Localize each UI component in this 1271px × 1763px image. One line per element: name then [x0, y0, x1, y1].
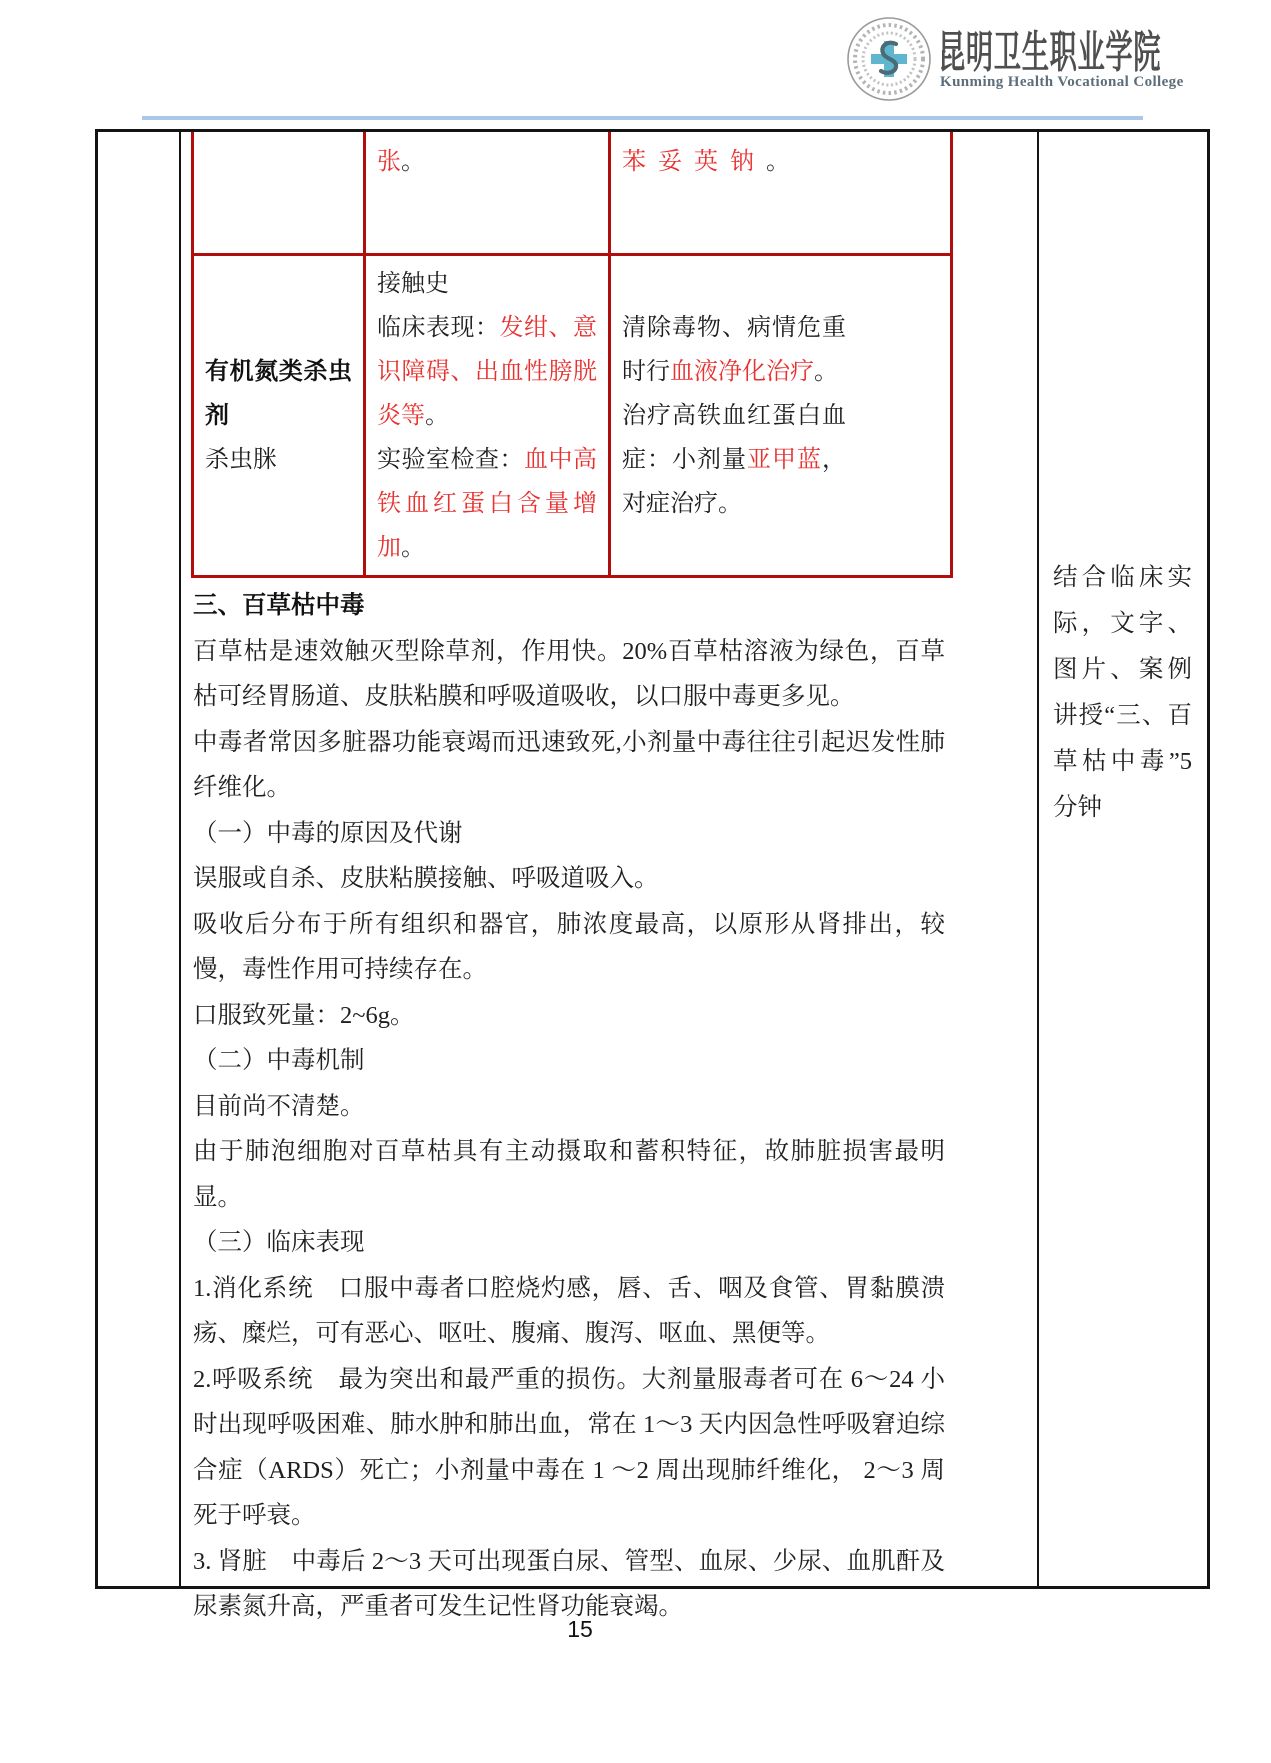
table-cell-r1c2: 张。 [366, 132, 611, 256]
table-cell-r2c3: 清除毒物、病情危重时行血液净化治疗。治疗高铁血红蛋白血症：小剂量亚甲蓝，对症治疗… [611, 256, 950, 575]
table-cell-r2c1: 有机氮类杀虫剂杀虫脒 [194, 256, 366, 575]
text-line: 2.呼吸系统 最为突出和最严重的损伤。大剂量服毒者可在 6～24 小时出现呼吸困… [193, 1357, 945, 1539]
document-page: 昆明卫生职业学院 Kunming Health Vocational Colle… [0, 0, 1271, 1763]
table-cell-r2c2: 接触史临床表现：发绀、意识障碍、出血性膀胱炎等。实验室检查：血中高铁血红蛋白含量… [366, 256, 611, 575]
table-cell-r1c1 [194, 132, 366, 256]
teaching-notes-column: 结合临床实际，文字、图片、案例讲授“三、百草枯中毒”5 分钟 [1037, 132, 1207, 1586]
text-line: 临床表现：发绀、意识障碍、出血性膀胱炎等。 [377, 306, 597, 438]
left-empty-column [98, 132, 181, 1586]
text-line: 误服或自杀、皮肤粘膜接触、呼吸道吸入。 [193, 856, 945, 902]
pesticide-summary-table: 张。 苯妥英钠。 有机氮类杀虫剂杀虫脒 接触史临床表现：发绀、意识障碍、出血性膀… [191, 132, 953, 578]
text-line: 百草枯是速效触灭型除草剂，作用快。20%百草枯溶液为绿色，百草枯可经胃肠道、皮肤… [193, 629, 945, 720]
school-seal-logo [846, 16, 932, 102]
text-line: （一）中毒的原因及代谢 [193, 811, 945, 857]
text-line: 有机氮类杀虫剂 [205, 350, 352, 438]
text-line: （三）临床表现 [193, 1220, 945, 1266]
text-line: 清除毒物、病情危重时行血液净化治疗。 [622, 306, 846, 394]
lesson-plan-table: 张。 苯妥英钠。 有机氮类杀虫剂杀虫脒 接触史临床表现：发绀、意识障碍、出血性膀… [95, 129, 1210, 1589]
text-line: 实验室检查：血中高铁血红蛋白含量增加。 [377, 438, 597, 570]
text-line: 张。 [377, 140, 597, 184]
text-line: 由于肺泡细胞对百草枯具有主动摄取和蓄积特征，故肺脏损害最明显。 [193, 1129, 945, 1220]
page-number: 15 [0, 1616, 1160, 1643]
text-line: （二）中毒机制 [193, 1038, 945, 1084]
text-line: 中毒者常因多脏器功能衰竭而迅速致死,小剂量中毒往往引起迟发性肺纤维化。 [193, 720, 945, 811]
text-line: 口服致死量：2~6g。 [193, 993, 945, 1039]
school-name-chinese: 昆明卫生职业学院 [938, 16, 1161, 80]
table-cell-r1c3: 苯妥英钠。 [611, 132, 950, 256]
school-name-english: Kunming Health Vocational College [940, 74, 1184, 91]
teaching-notes-text: 结合临床实际，文字、图片、案例讲授“三、百草枯中毒”5 分钟 [1053, 564, 1192, 821]
text-line: 目前尚不清楚。 [193, 1084, 945, 1130]
text-line: 杀虫脒 [205, 438, 352, 482]
paraquat-section-body: 三、百草枯中毒百草枯是速效触灭型除草剂，作用快。20%百草枯溶液为绿色，百草枯可… [193, 583, 945, 1630]
header-divider-rule [142, 116, 1143, 120]
content-column: 张。 苯妥英钠。 有机氮类杀虫剂杀虫脒 接触史临床表现：发绀、意识障碍、出血性膀… [181, 132, 1037, 1586]
text-line: 1.消化系统 口服中毒者口腔烧灼感，唇、舌、咽及食管、胃黏膜溃疡、糜烂，可有恶心… [193, 1266, 945, 1357]
text-line: 三、百草枯中毒 [193, 583, 945, 629]
text-line: 吸收后分布于所有组织和器官，肺浓度最高，以原形从肾排出，较慢，毒性作用可持续存在… [193, 902, 945, 993]
text-line: 接触史 [377, 262, 597, 306]
text-line: 苯妥英钠。 [622, 140, 939, 184]
text-line: 治疗高铁血红蛋白血症：小剂量亚甲蓝，对症治疗。 [622, 394, 846, 526]
